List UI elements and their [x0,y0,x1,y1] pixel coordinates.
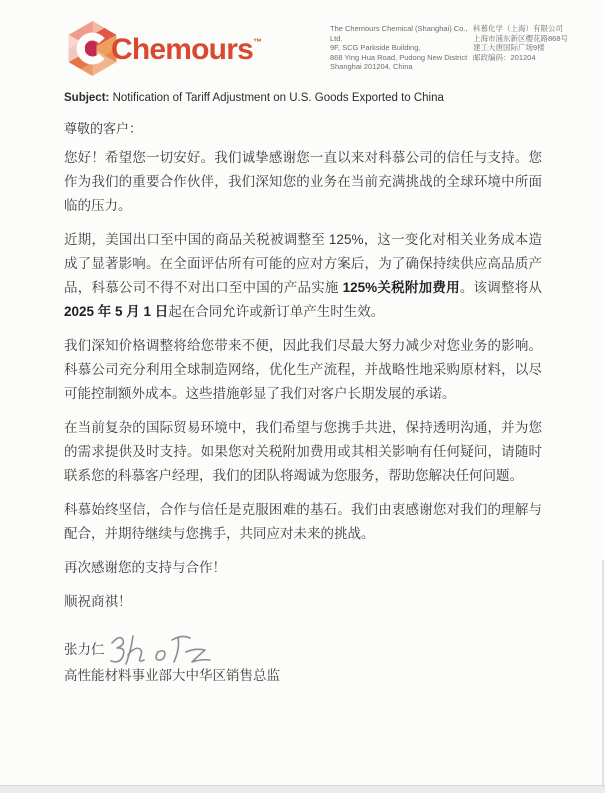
subject-label: Subject: [64,92,109,104]
address-line: 868 Ying Hua Road, Pudong New District [330,53,468,63]
letter-body: Subject: Notification of Tariff Adjustme… [64,92,542,688]
paragraph-regards: 顺祝商祺！ [64,590,542,614]
subject-line: Subject: Notification of Tariff Adjustme… [64,92,542,104]
address-line: The Chemours Chemical (Shanghai) Co., Lt… [330,24,468,43]
salutation: 尊敬的客户： [64,118,542,137]
subject-text: Notification of Tariff Adjustment on U.S… [109,92,444,104]
paragraph-greeting: 您好！希望您一切安好。我们诚挚感谢您一直以来对科慕公司的信任与支持。您作为我们的… [64,146,542,218]
letter-page: Chemours™ The Chemours Chemical (Shangha… [0,0,605,793]
signature-block: 张力仁 高性能材料事业部大中华区销售总监 [64,638,542,688]
paragraph-tariff-announcement: 近期，美国出口至中国的商品关税被调整至 125%，这一变化对相关业务成本造成了显… [64,228,542,324]
company-address-english: The Chemours Chemical (Shanghai) Co., Lt… [330,24,468,72]
company-address-chinese: 科慕化学（上海）有限公司 上海市浦东新区樱花路868号 建工大唐国际广场9楼 邮… [473,24,598,62]
paragraph-thanks: 再次感谢您的支持与合作！ [64,556,542,580]
logo-text: Chemours [111,33,253,66]
page-edge-right [602,560,604,785]
address-line: 邮政编码：201204 [473,53,598,63]
paragraph-commitment: 科慕始终坚信，合作与信任是克服困难的基石。我们由衷感谢您对我们的理解与配合，并期… [64,498,542,546]
address-line: 9F, SCG Parkside Building, [330,43,468,53]
paragraph-mitigation: 我们深知价格调整将给您带来不便，因此我们尽最大努力减少对您业务的影响。科慕公司充… [64,334,542,406]
page-edge-bottom [0,785,605,793]
handwritten-signature [102,628,222,676]
address-line: 上海市浦东新区樱花路868号 [473,34,598,44]
trademark-symbol: ™ [253,37,262,47]
address-line: 建工大唐国际广场9楼 [473,43,598,53]
paragraph-support: 在当前复杂的国际贸易环境中，我们希望与您携手共进，保持透明沟通，并为您的需求提供… [64,416,542,488]
address-line: 科慕化学（上海）有限公司 [473,24,598,34]
address-line: Shanghai 201204, China [330,62,468,72]
chemours-wordmark: Chemours™ [111,33,262,67]
